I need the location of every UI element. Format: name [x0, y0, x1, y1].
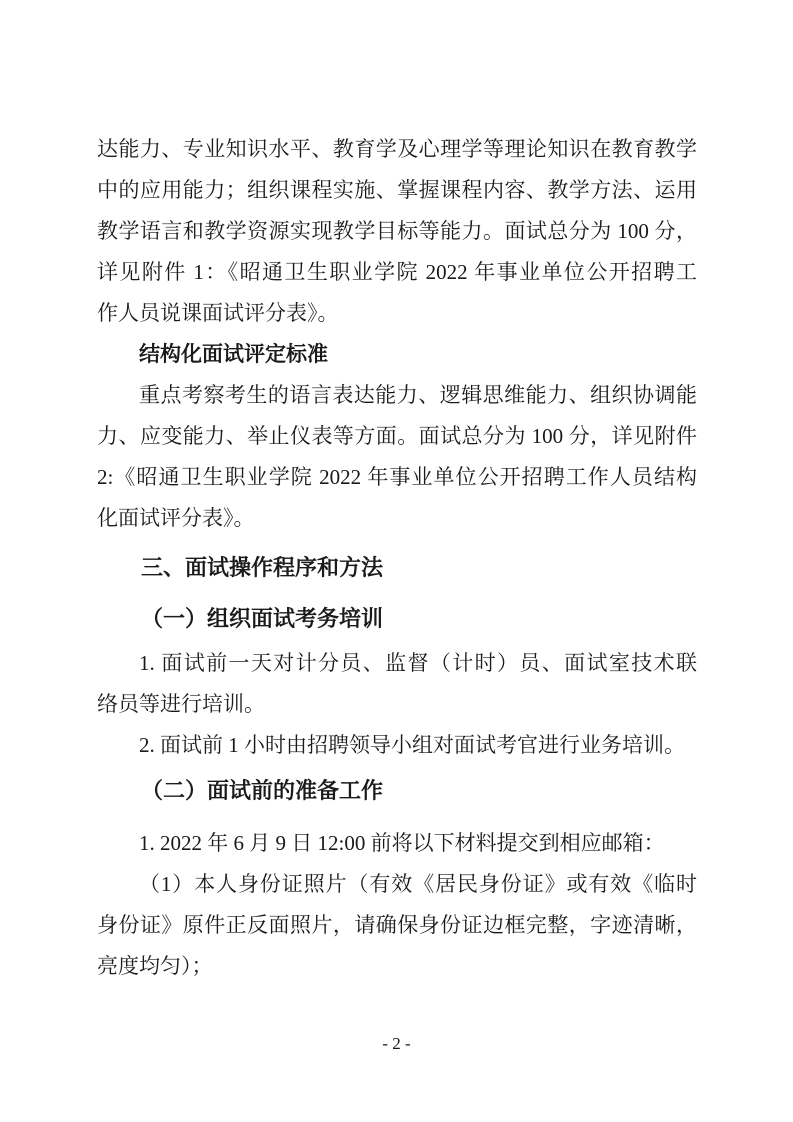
paragraph-preparation-item-1: 1. 2022 年 6 月 9 日 12:00 前将以下材料提交到相应邮箱： [97, 823, 697, 864]
text-line: 详见附件 1：《昭通卫生职业学院 2022 年事业单位公开招聘工 [97, 252, 697, 293]
text-line: 2. 面试前 1 小时由招聘领导小组对面试考官进行业务培训。 [97, 725, 697, 766]
text-line: 亮度均匀）； [97, 946, 697, 987]
text-line: 中的应用能力；组织课程实施、掌握课程内容、教学方法、运用 [97, 170, 697, 211]
paragraph-training-item-2: 2. 面试前 1 小时由招聘领导小组对面试考官进行业务培训。 [97, 725, 697, 766]
text-line: 身份证》原件正反面照片，请确保身份证边框完整，字迹清晰， [97, 905, 697, 946]
text-line: 力、应变能力、举止仪表等方面。面试总分为 100 分，详见附件 [97, 416, 697, 457]
paragraph-teaching-ability-continued: 达能力、专业知识水平、教育学及心理学等理论知识在教育教学中的应用能力；组织课程实… [97, 129, 697, 334]
text-line: 1. 面试前一天对计分员、监督（计时）员、面试室技术联 [97, 643, 697, 684]
heading-sub-one-exam-training: （一）组织面试考务培训 [97, 598, 697, 639]
paragraph-preparation-item-2: （1）本人身份证照片（有效《居民身份证》或有效《临时身份证》原件正反面照片，请确… [97, 864, 697, 987]
text-line: 1. 2022 年 6 月 9 日 12:00 前将以下材料提交到相应邮箱： [97, 823, 697, 864]
text-line: 络员等进行培训。 [97, 684, 697, 725]
page-number: - 2 - [0, 1033, 793, 1055]
text-line: 重点考察考生的语言表达能力、逻辑思维能力、组织协调能 [97, 375, 697, 416]
heading-sub-two-preparation: （二）面试前的准备工作 [97, 770, 697, 811]
text-line: 作人员说课面试评分表》。 [97, 293, 697, 334]
document-body: 达能力、专业知识水平、教育学及心理学等理论知识在教育教学中的应用能力；组织课程实… [97, 129, 697, 987]
paragraph-structured-interview-criteria: 重点考察考生的语言表达能力、逻辑思维能力、组织协调能力、应变能力、举止仪表等方面… [97, 375, 697, 539]
text-line: 化面试评分表》。 [97, 498, 697, 539]
heading-structured-interview-criteria: 结构化面试评定标准 [97, 334, 697, 375]
paragraph-training-item-1: 1. 面试前一天对计分员、监督（计时）员、面试室技术联络员等进行培训。 [97, 643, 697, 725]
text-line: 2:《昭通卫生职业学院 2022 年事业单位公开招聘工作人员结构 [97, 457, 697, 498]
text-line: 达能力、专业知识水平、教育学及心理学等理论知识在教育教学 [97, 129, 697, 170]
text-line: 教学语言和教学资源实现教学目标等能力。面试总分为 100 分， [97, 211, 697, 252]
text-line: （1）本人身份证照片（有效《居民身份证》或有效《临时 [97, 864, 697, 905]
document-page: 达能力、专业知识水平、教育学及心理学等理论知识在教育教学中的应用能力；组织课程实… [0, 0, 793, 1122]
heading-section-three-interview-procedure: 三、面试操作程序和方法 [97, 547, 697, 588]
